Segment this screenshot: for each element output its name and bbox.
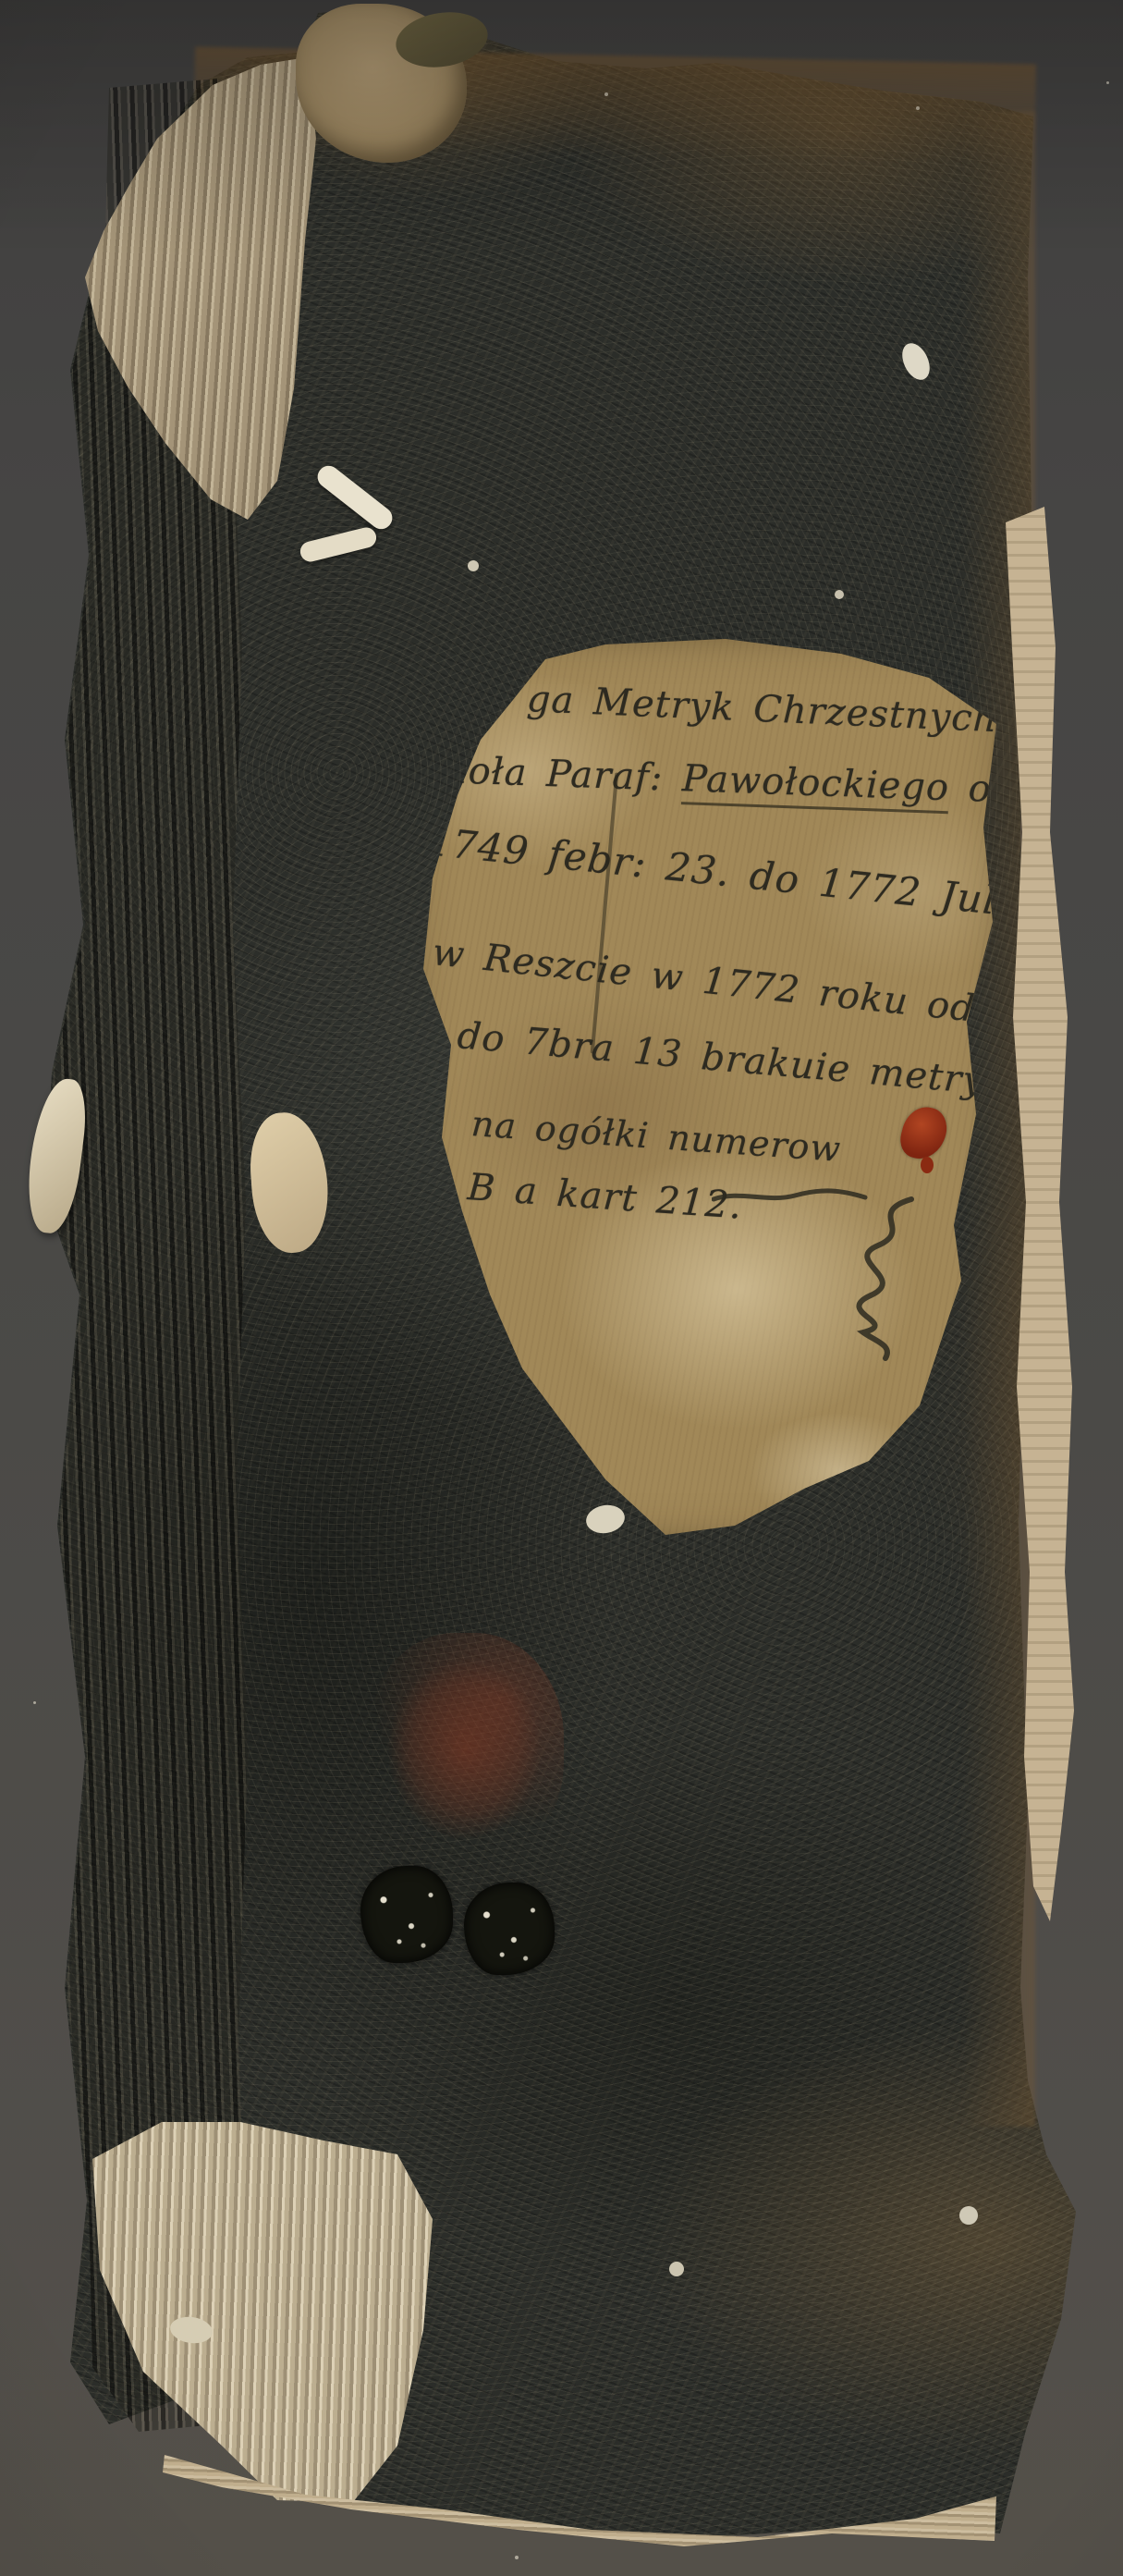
ink-stroke xyxy=(591,772,619,1053)
reddish-stain xyxy=(366,1633,564,1866)
dust-speck xyxy=(515,2556,519,2559)
label-parish-name-underlined: Pawołockiego xyxy=(681,757,950,814)
white-spot xyxy=(835,590,844,599)
label-line-5: do 7bra 13 brakuie metryk xyxy=(456,1014,1009,1105)
dust-speck xyxy=(1106,81,1109,84)
red-wax-seal-spot xyxy=(897,1102,951,1164)
dust-speck xyxy=(33,1701,36,1704)
white-spot xyxy=(468,560,479,571)
white-spot xyxy=(959,2206,978,2225)
label-line-6: na ogółki numerow xyxy=(470,1103,842,1170)
dark-glossy-spot xyxy=(464,1883,555,1975)
white-bone-spot xyxy=(305,483,407,570)
photo-background: ga Metryk Chrzestnych Ko ścioła Paraf: P… xyxy=(0,0,1123,2576)
dust-speck xyxy=(916,106,920,110)
white-spot xyxy=(669,2262,684,2276)
dust-speck xyxy=(604,92,608,96)
label-line-2: ścioła Paraf: Pawołockiego od xyxy=(413,748,1017,812)
paraph-squiggle-icon xyxy=(839,1194,927,1365)
label-line-7: B a kart 212. xyxy=(466,1166,743,1228)
dark-glossy-spot xyxy=(360,1866,453,1963)
red-wax-drip xyxy=(921,1157,934,1173)
